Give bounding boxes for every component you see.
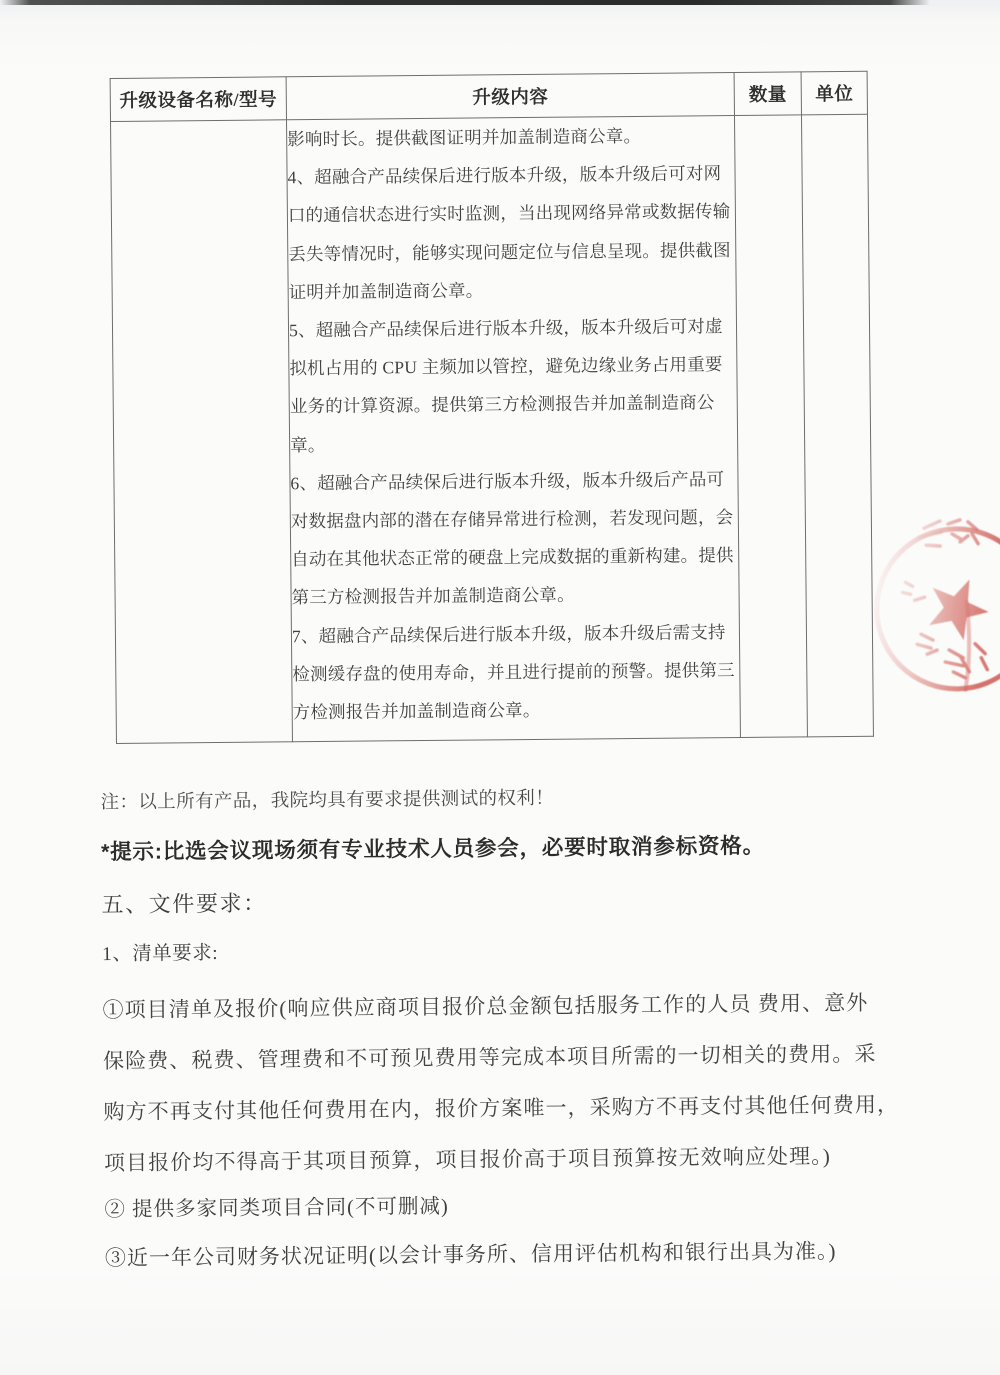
content-paragraph: 5、超融合产品续保后进行版本升级，版本升级后可对虚拟机占用的 CPU 主频加以管… [289, 307, 737, 464]
content-line: 章。 [290, 422, 737, 464]
upgrade-spec-table: 升级设备名称/型号 升级内容 数量 单位 影响时长。提供截图证明并加盖制造商公章… [110, 71, 874, 744]
finance-proof-item: ③近一年公司财务状况证明(以会计事务所、信用评估机构和银行出具为准。) [105, 1236, 945, 1272]
content-line: 证明并加盖制造商公章。 [288, 269, 735, 311]
pricing-line: 购方不再支付其他任何费用在内，报价方案唯一，采购方不再支付其他任何费用， [103, 1079, 943, 1138]
list-requirements-title: 1、清单要求: [102, 933, 942, 968]
upgrade-content-cell: 影响时长。提供截图证明并加盖制造商公章。4、超融合产品续保后进行版本升级，版本升… [287, 116, 741, 742]
content-line: 方检测报告并加盖制造商公章。 [293, 689, 740, 731]
table-row: 影响时长。提供截图证明并加盖制造商公章。4、超融合产品续保后进行版本升级，版本升… [111, 114, 874, 743]
table-header-row: 升级设备名称/型号 升级内容 数量 单位 [110, 71, 867, 121]
content-line: 5、超融合产品续保后进行版本升级，版本升级后可对虚 [289, 307, 736, 349]
content-paragraph: 4、超融合产品续保后进行版本升级，版本升级后可对网口的通信状态进行实时监测，当出… [287, 154, 735, 311]
pricing-paragraph: ①项目清单及报价(响应供应商项目报价总金额包括服务工作的人员 费用、意外保险费、… [102, 977, 944, 1189]
content-line: 自动在其他状态正常的硬盘上完成数据的重新构建。提供 [291, 536, 738, 578]
col-header-upgrade-content: 升级内容 [286, 73, 734, 120]
col-header-unit: 单位 [801, 71, 867, 115]
content-paragraph: 6、超融合产品续保后进行版本升级，版本升级后产品可对数据盘内部的潜在存储异常进行… [290, 460, 738, 617]
scanned-document-page: 升级设备名称/型号 升级内容 数量 单位 影响时长。提供截图证明并加盖制造商公章… [0, 0, 1000, 1375]
seal-graphic [856, 481, 1000, 738]
pricing-line: 保险费、税费、管理费和不可预见费用等完成本项目所需的一切相关的费用。采 [103, 1028, 943, 1087]
content-line: 4、超融合产品续保后进行版本升级，版本升级后可对网 [287, 154, 734, 196]
content-line: 丢失等情况时，能够实现问题定位与信息呈现。提供截图 [288, 231, 735, 273]
notes-section: 注：以上所有产品，我院均具有要求提供测试的权利！ *提示:比选会议现场须有专业技… [100, 782, 945, 1272]
device-name-cell [111, 120, 293, 744]
content-paragraph: 7、超融合产品续保后进行版本升级，版本升级后需支持检测缓存盘的使用寿命，并且进行… [292, 613, 740, 732]
content-line: 检测缓存盘的使用寿命，并且进行提前的预警。提供第三 [292, 651, 739, 693]
content-line: 对数据盘内部的潜在存储异常进行检测，若发现问题，会 [291, 498, 738, 540]
seal-star-icon [919, 567, 998, 644]
official-seal-stamp [856, 481, 1000, 738]
document-content: 升级设备名称/型号 升级内容 数量 单位 影响时长。提供截图证明并加盖制造商公章… [0, 0, 1000, 1375]
pricing-line: 项目报价均不得高于其项目预算，项目报价高于项目预算按无效响应处理。) [104, 1130, 944, 1189]
contracts-item: ② 提供多家同类项目合同(不可删减) [104, 1188, 944, 1224]
quantity-cell [734, 115, 807, 738]
section-title-file-requirements: 五、文件要求： [101, 883, 941, 919]
col-header-quantity: 数量 [734, 72, 801, 116]
content-line: 7、超融合产品续保后进行版本升级，版本升级后需支持 [292, 613, 739, 655]
content-line: 6、超融合产品续保后进行版本升级，版本升级后产品可 [290, 460, 737, 502]
content-line: 影响时长。提供截图证明并加盖制造商公章。 [287, 116, 734, 158]
content-line: 业务的计算资源。提供第三方检测报告并加盖制造商公 [290, 383, 737, 425]
pricing-line: ①项目清单及报价(响应供应商项目报价总金额包括服务工作的人员 费用、意外 [102, 977, 942, 1036]
attendance-tip: *提示:比选会议现场须有专业技术人员参会，必要时取消参标资格。 [101, 829, 941, 867]
content-line: 第三方检测报告并加盖制造商公章。 [291, 574, 738, 616]
content-paragraph: 影响时长。提供截图证明并加盖制造商公章。 [287, 116, 734, 158]
col-header-device-name: 升级设备名称/型号 [110, 77, 286, 122]
content-line: 拟机占用的 CPU 主频加以管控，避免边缘业务占用重要 [289, 345, 736, 387]
test-rights-note: 注：以上所有产品，我院均具有要求提供测试的权利！ [100, 782, 940, 816]
content-line: 口的通信状态进行实时监测，当出现网络异常或数据传输 [288, 192, 735, 234]
